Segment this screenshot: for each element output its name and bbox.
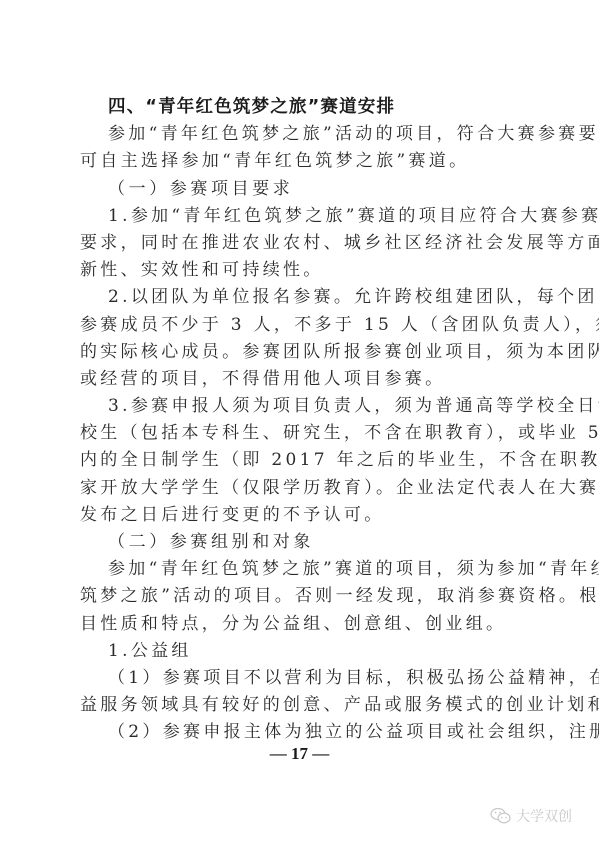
paragraph-line: 或经营的项目，不得借用他人项目参赛。 (80, 366, 522, 393)
section-heading: 四、“青年红色筑梦之旅”赛道安排 (80, 94, 522, 121)
paragraph-line: 可自主选择参加“青年红色筑梦之旅”赛道。 (80, 148, 522, 175)
paragraph-line: 内的全日制学生（即 2017 年之后的毕业生，不含在职教育）；国 (80, 447, 522, 474)
wechat-icon (490, 807, 512, 825)
paragraph-line: （1）参赛项目不以营利为目标，积极弘扬公益精神，在公 (80, 665, 522, 692)
paragraph-line: 目性质和特点，分为公益组、创意组、创业组。 (80, 611, 522, 638)
watermark-text: 大学双创 (516, 806, 572, 826)
paragraph-line: 1.参加“青年红色筑梦之旅”赛道的项目应符合大赛参赛项目 (80, 203, 522, 230)
paragraph-line: 发布之日后进行变更的不予认可。 (80, 502, 522, 529)
paragraph-line: 要求，同时在推进农业农村、城乡社区经济社会发展等方面有创 (80, 230, 522, 257)
paragraph-line: 家开放大学学生（仅限学历教育）。企业法定代表人在大赛通知 (80, 475, 522, 502)
paragraph-line: 参加“青年红色筑梦之旅”活动的项目，符合大赛参赛要求的， (80, 121, 522, 148)
paragraph-line: 校生（包括本专科生、研究生，不含在职教育），或毕业 5 年以 (80, 420, 522, 447)
paragraph-line: 参加“青年红色筑梦之旅”赛道的项目，须为参加“青年红色 (80, 556, 522, 583)
group-heading: 1.公益组 (80, 638, 522, 665)
paragraph-line: 新性、实效性和可持续性。 (80, 257, 522, 284)
paragraph-line: （2）参赛申报主体为独立的公益项目或社会组织，注册或 (80, 719, 522, 746)
paragraph-line: 的实际核心成员。参赛团队所报参赛创业项目，须为本团队策划 (80, 339, 522, 366)
paragraph-line: 参赛成员不少于 3 人，不多于 15 人（含团队负责人），须为项目 (80, 312, 522, 339)
page-number: — 17 — (0, 744, 599, 764)
paragraph-line: 筑梦之旅”活动的项目。否则一经发现，取消参赛资格。根据项 (80, 583, 522, 610)
watermark: 大学双创 (490, 806, 572, 826)
document-page: 四、“青年红色筑梦之旅”赛道安排 参加“青年红色筑梦之旅”活动的项目，符合大赛参… (80, 94, 522, 747)
subsection-heading: （二）参赛组别和对象 (80, 529, 522, 556)
subsection-heading: （一）参赛项目要求 (80, 176, 522, 203)
paragraph-line: 2.以团队为单位报名参赛。允许跨校组建团队，每个团队的 (80, 284, 522, 311)
paragraph-line: 3.参赛申报人须为项目负责人，须为普通高等学校全日制在 (80, 393, 522, 420)
paragraph-line: 益服务领域具有较好的创意、产品或服务模式的创业计划和实践。 (80, 692, 522, 719)
